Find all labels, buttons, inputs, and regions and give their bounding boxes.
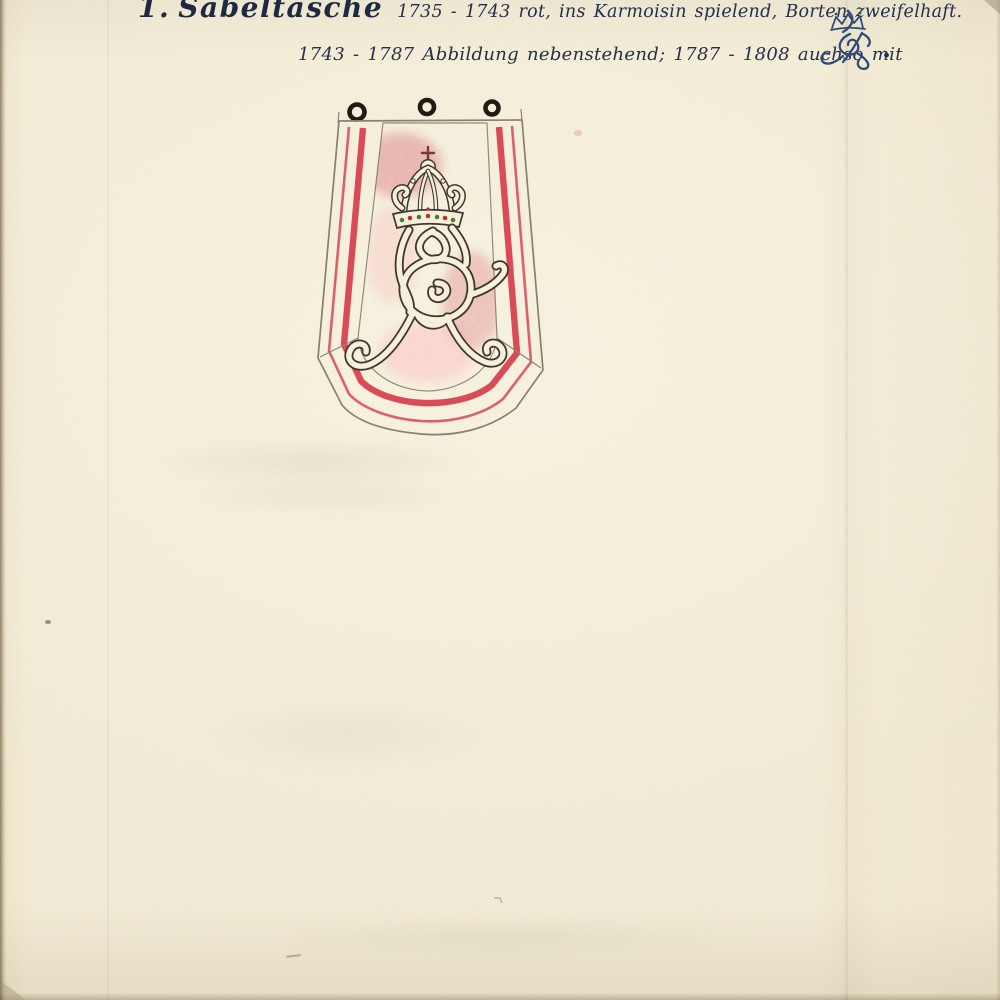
page-heading: 1.Säbeltasche xyxy=(138,0,383,24)
paper-edge-bottom xyxy=(0,993,1000,1000)
paper-edge-left xyxy=(0,0,6,1000)
paper-background xyxy=(0,0,1000,1000)
heading-title: Säbeltasche xyxy=(178,0,383,24)
heading-number: 1. xyxy=(138,0,170,24)
royal-cipher-ink-icon xyxy=(810,4,890,70)
paper-edge-right xyxy=(996,0,1000,1000)
ink-monogram xyxy=(821,33,869,69)
ink-crown-icon xyxy=(831,10,865,30)
